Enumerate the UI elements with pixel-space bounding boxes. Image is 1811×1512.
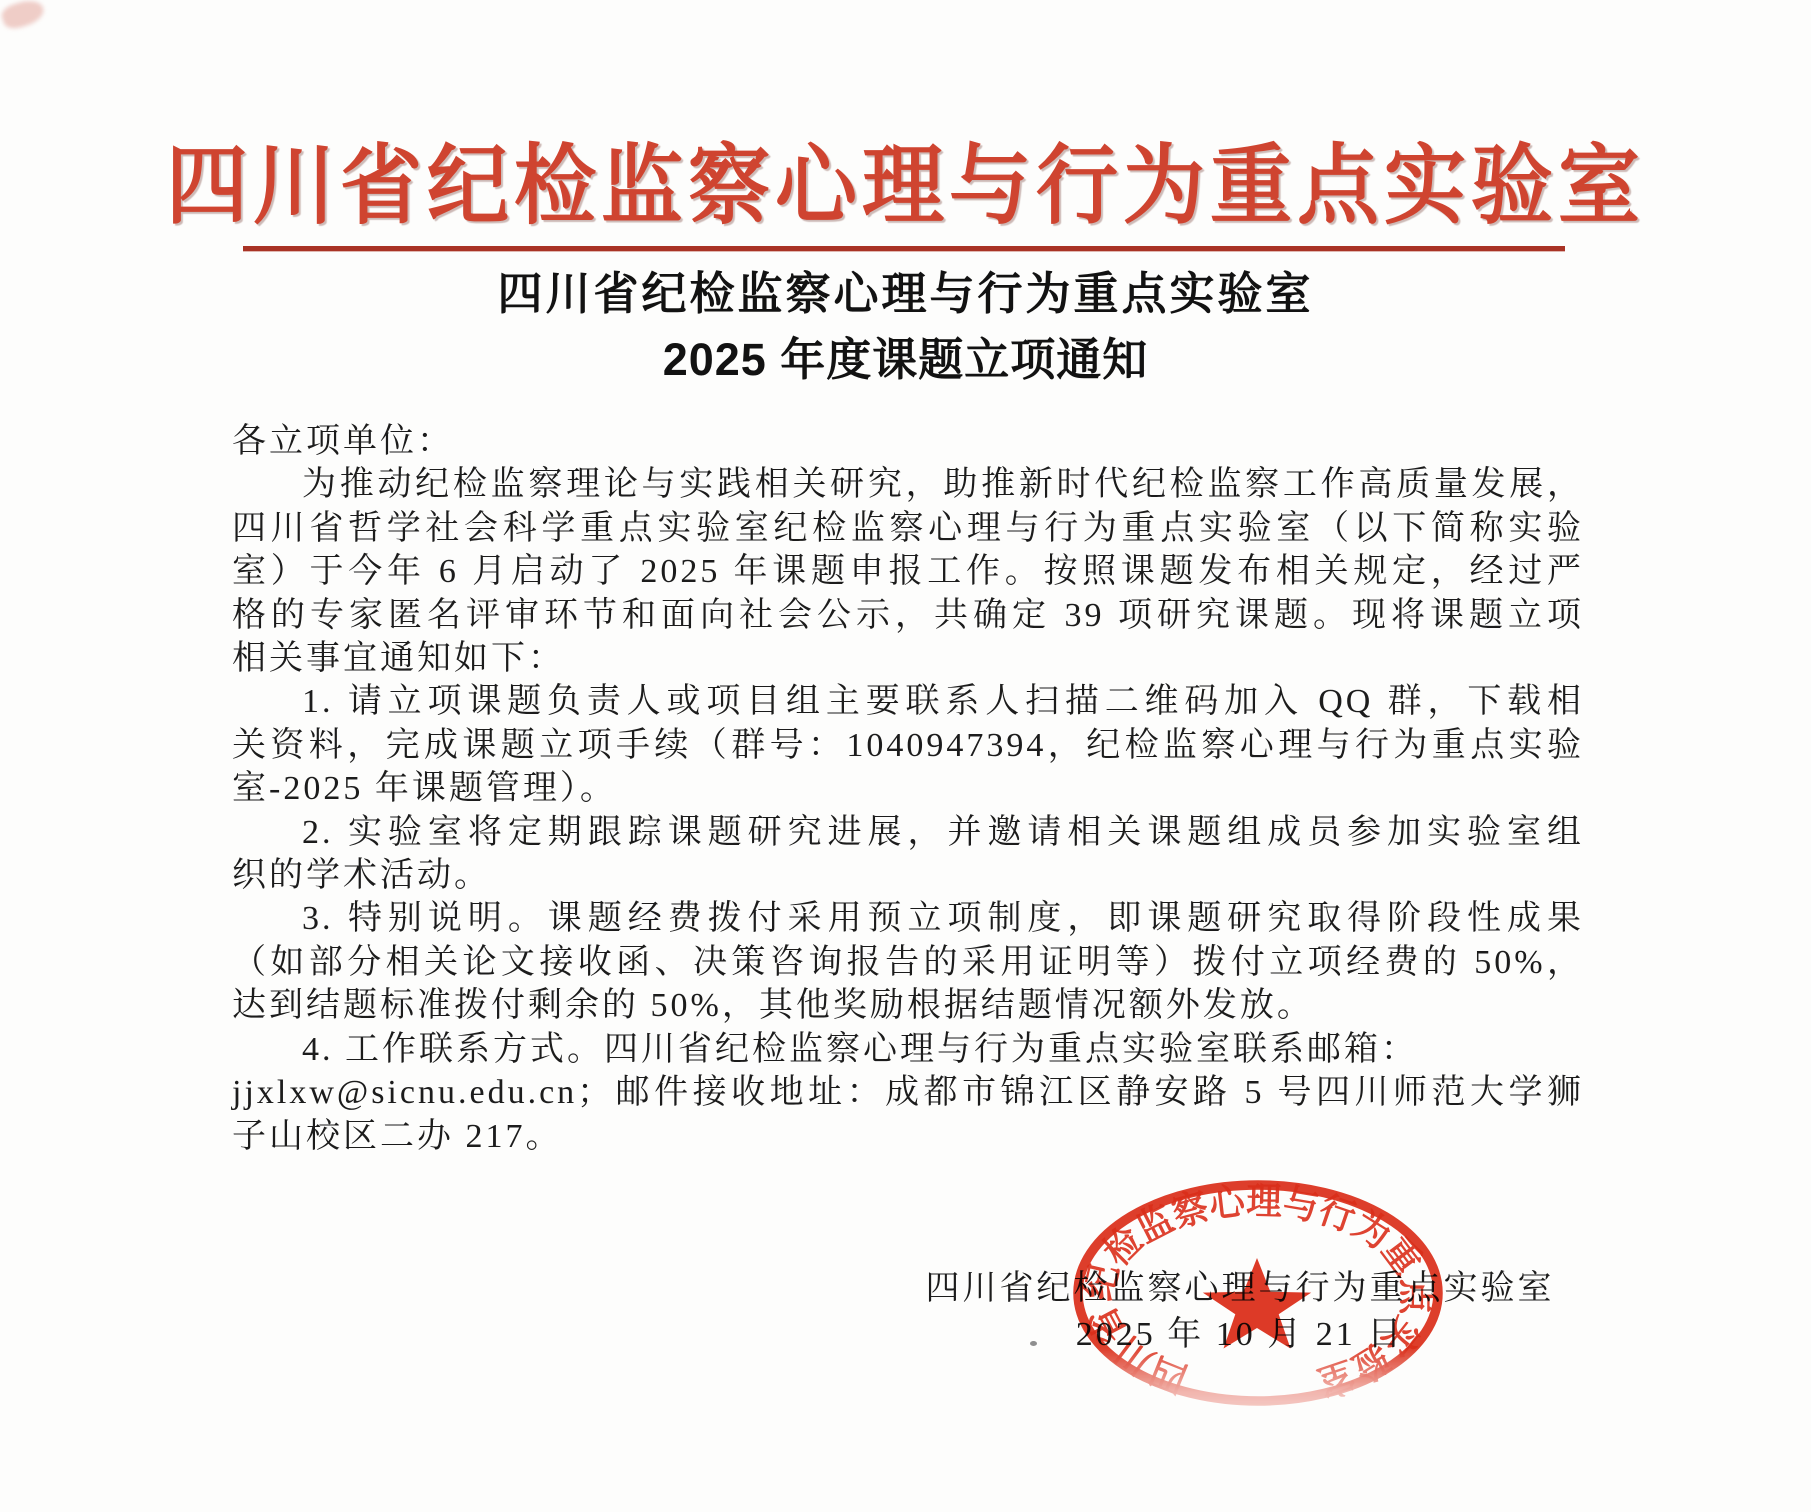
body-line: 室-2025 年课题管理）。 — [232, 767, 1584, 810]
body-line: 4. 工作联系方式。四川省纪检监察心理与行为重点实验室联系邮箱： — [232, 1028, 1584, 1071]
body-line: （如部分相关论文接收函、决策咨询报告的采用证明等）拨付立项经费的 50%， — [232, 941, 1584, 984]
doc-title-line2: 2025 年度课题立项通知 — [0, 336, 1811, 384]
body-text: 各立项单位：为推动纪检监察理论与实践相关研究，助推新时代纪检监察工作高质量发展，… — [232, 420, 1584, 1158]
body-line: 织的学术活动。 — [232, 854, 1584, 897]
document-page: 四川省纪检监察心理与行为重点实验室 四川省纪检监察心理与行为重点实验室 2025… — [0, 0, 1811, 1512]
body-line: 2. 实验室将定期跟踪课题研究进展，并邀请相关课题组成员参加实验室组 — [232, 811, 1584, 854]
official-seal-stamp: 四川省纪检监察心理与行为重点实验室 — [1068, 1180, 1448, 1420]
body-line: 3. 特别说明。课题经费拨付采用预立项制度，即课题研究取得阶段性成果 — [232, 897, 1584, 940]
masthead-title: 四川省纪检监察心理与行为重点实验室 — [0, 134, 1811, 240]
scan-smudge-artifact — [0, 0, 47, 32]
body-line: 为推动纪检监察理论与实践相关研究，助推新时代纪检监察工作高质量发展， — [232, 463, 1584, 506]
seal-star-icon — [1203, 1258, 1311, 1349]
doc-title-line1: 四川省纪检监察心理与行为重点实验室 — [0, 270, 1811, 318]
body-line: 1. 请立项课题负责人或项目组主要联系人扫描二维码加入 QQ 群，下载相 — [232, 680, 1584, 723]
body-line: 关资料，完成课题立项手续（群号：1040947394，纪检监察心理与行为重点实验 — [232, 724, 1584, 767]
body-line: 达到结题标准拨付剩余的 50%，其他奖励根据结题情况额外发放。 — [232, 984, 1584, 1027]
masthead-divider-rule — [243, 246, 1565, 251]
body-line: 子山校区二办 217。 — [232, 1115, 1584, 1158]
body-line: jjxlxw@sicnu.edu.cn；邮件接收地址：成都市锦江区静安路 5 号… — [232, 1071, 1584, 1114]
body-line: 相关事宜通知如下： — [232, 637, 1584, 680]
body-line: 四川省哲学社会科学重点实验室纪检监察心理与行为重点实验室（以下简称实验 — [232, 507, 1584, 550]
body-line: 室）于今年 6 月启动了 2025 年课题申报工作。按照课题发布相关规定，经过严 — [232, 550, 1584, 593]
body-line: 格的专家匿名评审环节和面向社会公示，共确定 39 项研究课题。现将课题立项 — [232, 594, 1584, 637]
scan-speck-artifact — [1030, 1341, 1037, 1346]
body-line: 各立项单位： — [232, 420, 1584, 463]
